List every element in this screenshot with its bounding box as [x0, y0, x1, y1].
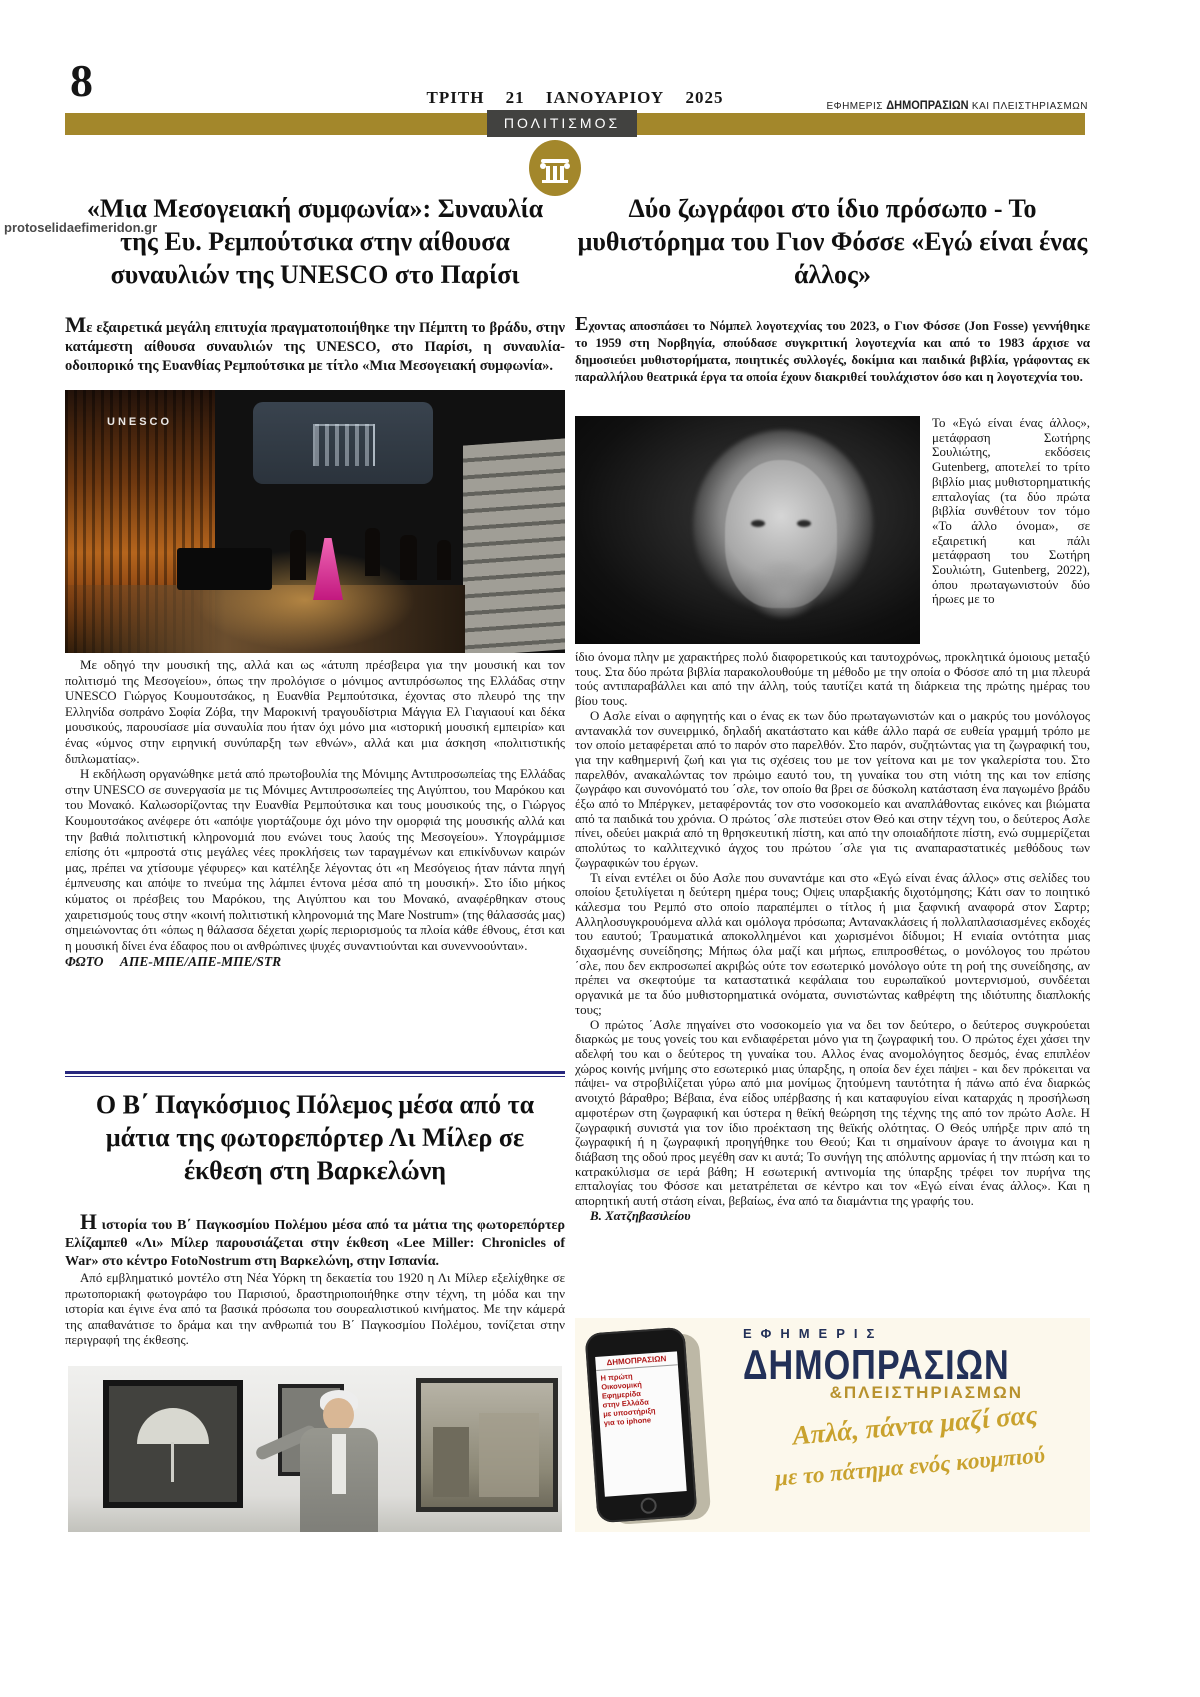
page-number: 8: [70, 58, 93, 104]
stage-stairs: [463, 438, 565, 653]
masthead-small: ΕΦΗΜΕΡΙΣ ΔΗΜΟΠΡΑΣΙΩΝ ΚΑΙ ΠΛΕΙΣΤΗΡΙΑΣΜΩΝ: [826, 100, 1088, 113]
article-divider-rule: [65, 1071, 565, 1077]
fosse-article-body: ίδιο όνομα πλην με χαρακτήρες πολύ διαφο…: [575, 650, 1090, 1223]
newspaper-ad: ΕΦΗΜΕΡΙΣ ΔΗΜΟΠΡΑΣΙΩΝ &ΠΛΕΙΣΤΗΡΙΑΣΜΩΝ Απλ…: [575, 1318, 1090, 1532]
musician-silhouette: [365, 528, 380, 576]
portrait-beard: [743, 562, 823, 618]
temple-glyph-icon: [313, 424, 375, 466]
ad-brand-block: ΕΦΗΜΕΡΙΣ ΔΗΜΟΠΡΑΣΙΩΝ &ΠΛΕΙΣΤΗΡΙΑΣΜΩΝ: [743, 1326, 1083, 1403]
ruins-wall: [479, 1413, 539, 1497]
musician-silhouette: [400, 535, 417, 580]
paragraph: Με οδηγό την μουσική της, αλλά και ως «ά…: [65, 658, 565, 767]
piano-silhouette: [177, 548, 272, 590]
section-label: ΠΟΛΙΤΙΣΜΟΣ: [487, 110, 637, 137]
paragraph: ίδιο όνομα πλην με χαρακτήρες πολύ διαφο…: [575, 650, 1090, 709]
author-signature: Β. Χατζηβασιλείου: [575, 1209, 1090, 1224]
paragraph: Ο Ασλε είναι ο αφηγητής και ο ένας εκ τω…: [575, 709, 1090, 871]
dateline: ΤΡΙΤΗ 21 ΙΑΝΟΥΑΡΙΟΥ 2025: [300, 88, 850, 108]
paragraph: Από εμβληματικό μοντέλο στη Νέα Υόρκη τη…: [65, 1271, 565, 1349]
phone-home-button: [640, 1497, 657, 1514]
portrait-eye: [751, 520, 765, 527]
paragraph: Τι είναι εντέλει οι δύο Ασλε που συναντά…: [575, 871, 1090, 1018]
ruins-shadow: [433, 1427, 469, 1497]
headline-fosse: Δύο ζωγράφοι στο ίδιο πρόσωπο - Το μυθισ…: [575, 192, 1090, 291]
man-cardigan: [300, 1428, 378, 1532]
framed-photo-ruins: [416, 1378, 558, 1512]
phone-screen: ΔΗΜΟΠΡΑΣΙΩΝ Η πρώτη Οικονομική Εφημερίδα…: [595, 1351, 687, 1496]
concert-photo: UNESCO: [65, 390, 565, 653]
man-shirt: [332, 1434, 346, 1494]
phone-screen-text: Η πρώτη Οικονομική Εφημερίδα στην Ελλάδα…: [596, 1365, 682, 1431]
newspaper-page: 8 ΤΡΙΤΗ 21 ΙΑΝΟΥΑΡΙΟΥ 2025 ΕΦΗΜΕΡΙΣ ΔΗΜΟ…: [0, 0, 1200, 1697]
ad-brand-main: ΔΗΜΟΠΡΑΣΙΩΝ: [743, 1341, 1066, 1389]
paragraph: Η εκδήλωση οργανώθηκε μετά από πρωτοβουλ…: [65, 767, 565, 954]
unesco-wall-text: UNESCO: [107, 416, 172, 428]
masthead-main: ΔΗΜΟΠΡΑΣΙΩΝ: [886, 100, 968, 113]
photo-credit: ΦΩΤΟ ΑΠΕ-ΜΠΕ/ΑΠΕ-ΜΠΕ/STR: [65, 954, 565, 970]
musician-silhouette: [290, 530, 306, 580]
column-emblem-icon: [527, 139, 583, 197]
headline-unesco-concert: «Μια Μεσογειακή συμφωνία»: Συναυλία της …: [65, 192, 565, 291]
headline-lee-miller: Ο Β΄ Παγκόσμιος Πόλεμος μέσα από τα μάτι…: [65, 1088, 565, 1187]
umbrella-handle: [171, 1442, 174, 1482]
man-head: [323, 1398, 354, 1432]
smartphone-image: ΔΗΜΟΠΡΑΣΙΩΝ Η πρώτη Οικονομική Εφημερίδα…: [584, 1327, 697, 1524]
unesco-article-body: Με οδηγό την μουσική της, αλλά και ως «ά…: [65, 658, 565, 970]
framed-photo-umbrella: [103, 1380, 243, 1508]
paragraph: Ο πρώτος ΄Ασλε πηγαίνει στο νοσοκομείο γ…: [575, 1018, 1090, 1209]
masthead-post: ΚΑΙ ΠΛΕΙΣΤΗΡΙΑΣΜΩΝ: [972, 101, 1088, 113]
ad-brand-top: ΕΦΗΜΕΡΙΣ: [743, 1326, 1083, 1341]
jon-fosse-portrait-photo: [575, 416, 920, 644]
lead-lee-miller: Η ιστορία του Β΄ Παγκοσμίου Πολέμου μέσα…: [65, 1212, 565, 1271]
portrait-eye: [797, 520, 811, 527]
exhibition-photo: [68, 1366, 562, 1532]
miller-article-body: Η ιστορία του Β΄ Παγκοσμίου Πολέμου μέσα…: [65, 1212, 565, 1349]
masthead-pre: ΕΦΗΜΕΡΙΣ: [826, 101, 883, 113]
musician-silhouette: [437, 540, 451, 580]
umbrella-shape: [137, 1408, 209, 1444]
lead-fosse: Εχοντας αποσπάσει το Νόμπελ λογοτεχνίας …: [575, 314, 1090, 385]
fosse-side-column: Το «Εγώ είναι ένας άλλος», μετάφραση Σωτ…: [932, 416, 1090, 644]
lead-unesco-concert: Με εξαιρετικά μεγάλη επιτυχία πραγματοπο…: [65, 314, 565, 376]
